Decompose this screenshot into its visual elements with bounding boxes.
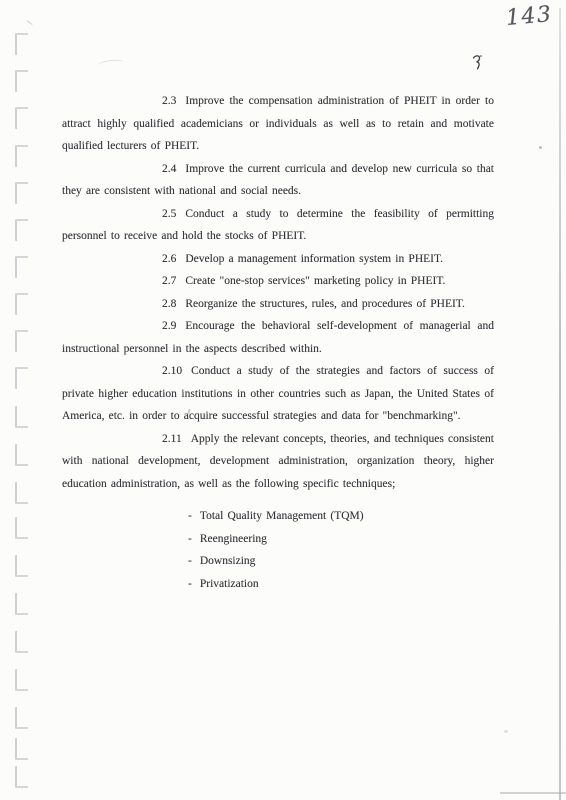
binding-mark: [15, 555, 28, 577]
binding-mark: [15, 107, 28, 129]
binding-mark: [15, 517, 28, 539]
paragraph-text: Improve the compensation administration …: [62, 95, 494, 152]
binding-mark: [15, 631, 28, 653]
paragraph-number: 2.4: [162, 163, 176, 175]
paragraph-2-7: 2.7Create "one-stop services" marketing …: [62, 270, 494, 293]
binding-mark: [15, 145, 28, 167]
binding-mark: [15, 367, 28, 389]
pencil-smudge: [98, 58, 125, 69]
page-number-text: 143: [505, 2, 554, 31]
list-item-text: Privatization: [200, 578, 259, 590]
paragraph-2-6: 2.6Develop a management information syst…: [62, 248, 494, 271]
list-item-text: Total Quality Management (TQM): [200, 510, 364, 522]
binding-mark: [15, 256, 28, 278]
paragraph-2-10: 2.10Conduct a study of the strategies an…: [62, 360, 494, 428]
scanned-document-page: 143 2.3Improve the compensation administ…: [0, 0, 566, 800]
binding-mark: [15, 70, 28, 92]
paragraph-text: Conduct a study to determine the feasibi…: [62, 208, 494, 243]
paragraph-text: Conduct a study of the strategies and fa…: [62, 365, 494, 422]
paragraph-number: 2.11: [162, 433, 182, 445]
dash-bullet: -: [188, 555, 192, 567]
paragraph-2-5: 2.5Conduct a study to determine the feas…: [62, 203, 494, 248]
techniques-list: -Total Quality Management (TQM) -Reengin…: [62, 505, 494, 595]
paragraph-2-11: 2.11Apply the relevant concepts, theorie…: [62, 428, 494, 496]
binding-mark: [15, 738, 28, 760]
binding-mark: [15, 219, 28, 241]
binding-mark: [15, 330, 28, 352]
paragraph-text: Create "one-stop services" marketing pol…: [185, 275, 445, 287]
binding-mark: [15, 766, 28, 788]
paragraph-text: Encourage the behavioral self-developmen…: [62, 320, 494, 355]
document-body: 2.3Improve the compensation administrati…: [62, 90, 494, 595]
paragraph-2-4: 2.4Improve the current curricula and dev…: [62, 158, 494, 203]
paragraph-number: 2.8: [162, 298, 176, 310]
list-item: -Total Quality Management (TQM): [188, 505, 494, 528]
paragraph-number: 2.3: [162, 95, 176, 107]
paragraph-2-9: 2.9Encourage the behavioral self-develop…: [62, 315, 494, 360]
handwritten-page-number: 143: [505, 2, 554, 31]
binding-mark: [15, 707, 28, 729]
binding-mark: [15, 593, 28, 615]
paragraph-text: Develop a management information system …: [185, 253, 443, 265]
dash-bullet: -: [188, 510, 192, 522]
dash-bullet: -: [188, 533, 192, 545]
list-item: -Privatization: [188, 573, 494, 596]
pencil-smudge: [26, 20, 32, 25]
ink-speck: [539, 146, 542, 149]
binding-mark: [15, 482, 28, 504]
paragraph-number: 2.5: [162, 208, 176, 220]
paragraph-number: 2.6: [162, 253, 176, 265]
paragraph-number: 2.7: [162, 275, 176, 287]
dash-bullet: -: [188, 578, 192, 590]
page-bottom-shadow: [500, 792, 566, 794]
ink-speck: [504, 730, 508, 733]
binding-mark: [15, 669, 28, 691]
list-item-text: Downsizing: [200, 555, 256, 567]
binding-mark: [15, 444, 28, 466]
paragraph-text: Apply the relevant concepts, theories, a…: [62, 433, 494, 490]
paragraph-text: Improve the current curricula and develo…: [62, 163, 494, 198]
paragraph-2-3: 2.3Improve the compensation administrati…: [62, 90, 494, 158]
binding-mark: [15, 406, 28, 428]
list-item: -Downsizing: [188, 550, 494, 573]
paragraph-number: 2.10: [162, 365, 182, 377]
paragraph-number: 2.9: [162, 320, 176, 332]
binding-mark: [15, 182, 28, 204]
list-item: -Reengineering: [188, 528, 494, 551]
list-item-text: Reengineering: [200, 533, 267, 545]
paragraph-text: Reorganize the structures, rules, and pr…: [185, 298, 464, 310]
page-edge-line: [559, 8, 561, 800]
paragraph-2-8: 2.8Reorganize the structures, rules, and…: [62, 293, 494, 316]
binding-mark: [15, 33, 28, 55]
binding-mark: [15, 293, 28, 315]
handwritten-tick-icon: [470, 53, 484, 72]
